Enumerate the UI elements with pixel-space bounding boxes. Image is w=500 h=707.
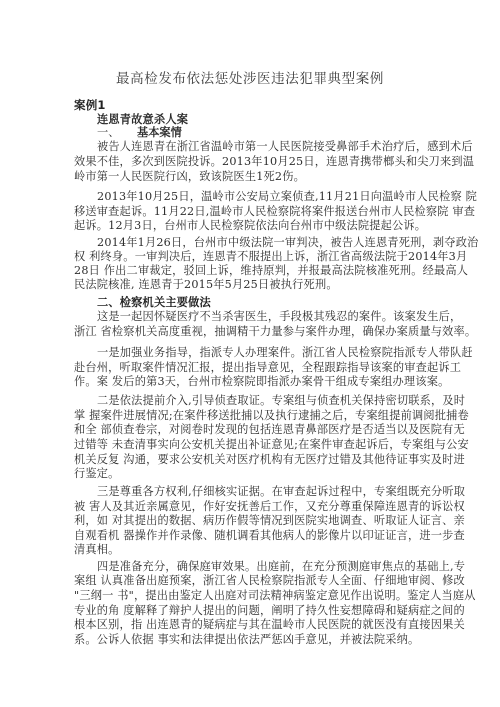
section-number: 一、: [97, 125, 119, 140]
text-line: 系。公诉人依据 事实和法律提出依法严惩凶手意见，并被法院采纳。: [74, 632, 430, 647]
text-line: 自观看机 器操作并作录像、随机调看其他病人的影像片以印证证言，进一步查: [74, 528, 430, 543]
text-line: 一是加强业务指导，指派专人办理案件。浙江省人民检察院指派专人带队赶: [97, 345, 430, 360]
text-line: 民法院核准, 连恩青于2015年5月25日被执行死刑。: [74, 277, 430, 292]
text-line: 移送审查起诉。11月22日,温岭市人民检察院将案件报送台州市人民检察院 审查: [74, 204, 430, 219]
text-line: 2013年10月25日，温岭市公安局立案侦查,11月21日向温岭市人民检察 院: [97, 189, 430, 204]
text-line: 28日 作出二审裁定，驳回上诉，维持原判，并报最高法院核准死刑。经最高人: [74, 263, 430, 278]
document-page: 最高检发布依法惩处涉医违法犯罪典型案例 案例1 连恩青故意杀人案 一、 基本案情…: [0, 0, 500, 707]
text-line: 案组 认真准备出庭预案，浙江省人民检察院指派专人全面、仔细地审阅、修改: [74, 573, 430, 588]
text-line: 根本区别，指 出连恩青的疑病症与其在温岭市人民医院的就医没有直接因果关: [74, 617, 430, 632]
text-line: 作。案 发后的第3天，台州市检察院即指派办案骨干组成专案组办理该案。: [74, 374, 430, 389]
text-line: 四是准备充分，确保庭审效果。出庭前，在充分预测庭审焦点的基础上,专: [97, 559, 430, 574]
text-line: 这是一起因怀疑医疗不当杀害医生，手段极其残忍的案件。该案发生后，: [97, 309, 430, 324]
text-line: 清真相。: [74, 542, 430, 557]
text-line: 浙江 省检察机关高度重视，抽调精干力量参与案件办理，确保办案质量与效率。: [74, 324, 430, 339]
text-line: 权 利终身。一审判决后，连恩青不服提出上诉，浙江省高级法院于2014年3月: [74, 249, 430, 264]
text-line: "三纲一 书"，提出由鉴定人出庭对司法精神病鉴定意见作出说明。鉴定人当庭从: [74, 588, 430, 603]
text-line: 效果不佳，多次到医院投诉。2013年10月25日，连恩青携带榔头和尖刀来到温: [74, 154, 430, 169]
text-line: 二是依法提前介入,引导侦查取证。专案组与侦查机关保持密切联系，及时: [97, 393, 430, 408]
text-line: 被 害人及其近亲属意见，作好安抚善后工作，又充分尊重保障连恩青的诉讼权: [74, 499, 430, 514]
text-line: 三是尊重各方权利,仔细核实证据。在审查起诉过程中，专案组既充分听取: [97, 484, 430, 499]
text-line: 专业的角 度解释了辩护人提出的问题，阐明了持久性妄想障碍和疑病症之间的: [74, 603, 430, 618]
text-line: 利，如 对其提出的数据、病历作假等情况到医院实地调查、听取证人证言、亲: [74, 513, 430, 528]
text-line: 2014年1月26日，台州市中级法院一审判决，被告人连恩青死刑，剥夺政治: [97, 235, 430, 250]
section-heading-text: 基本案情: [137, 125, 182, 140]
text-line: 起诉。12月3日，台州市人民检察院依法向台州市中级法院提起公诉。: [74, 218, 430, 233]
text-line: 被告人连恩青在浙江省温岭市第一人民医院接受鼻部手术治疗后，感到术后: [97, 139, 430, 154]
text-line: 掌 握案件进展情况;在案件移送批捕以及执行逮捕之后，专案组提前调阅批捕卷: [74, 408, 430, 423]
text-line: 岭市第一人民医院行凶，致该院医生1死2伤。: [74, 169, 430, 184]
text-line: 行鉴定。: [74, 466, 430, 481]
document-title: 最高检发布依法惩处涉医违法犯罪典型案例: [0, 67, 500, 87]
case-label: 案例1: [74, 98, 430, 113]
section-heading-basic-facts: 一、 基本案情: [0, 125, 500, 140]
section-heading-prosecutor-measures: 二、检察机关主要做法: [97, 295, 430, 310]
text-line: 过错等 未查清事实向公安机关提出补证意见;在案件审查起诉后，专案组与公安: [74, 437, 430, 452]
text-line: 赴台州，听取案件情况汇报，提出指导意见，全程跟踪指导该案的审查起诉工: [74, 360, 430, 375]
text-line: 和全 部侦查卷宗，对阅卷时发现的包括连恩青鼻部医疗是否适当以及医院有无: [74, 422, 430, 437]
text-line: 机关反复 沟通，要求公安机关对医疗机构有无医疗过错及其他待证事实及时进: [74, 452, 430, 467]
